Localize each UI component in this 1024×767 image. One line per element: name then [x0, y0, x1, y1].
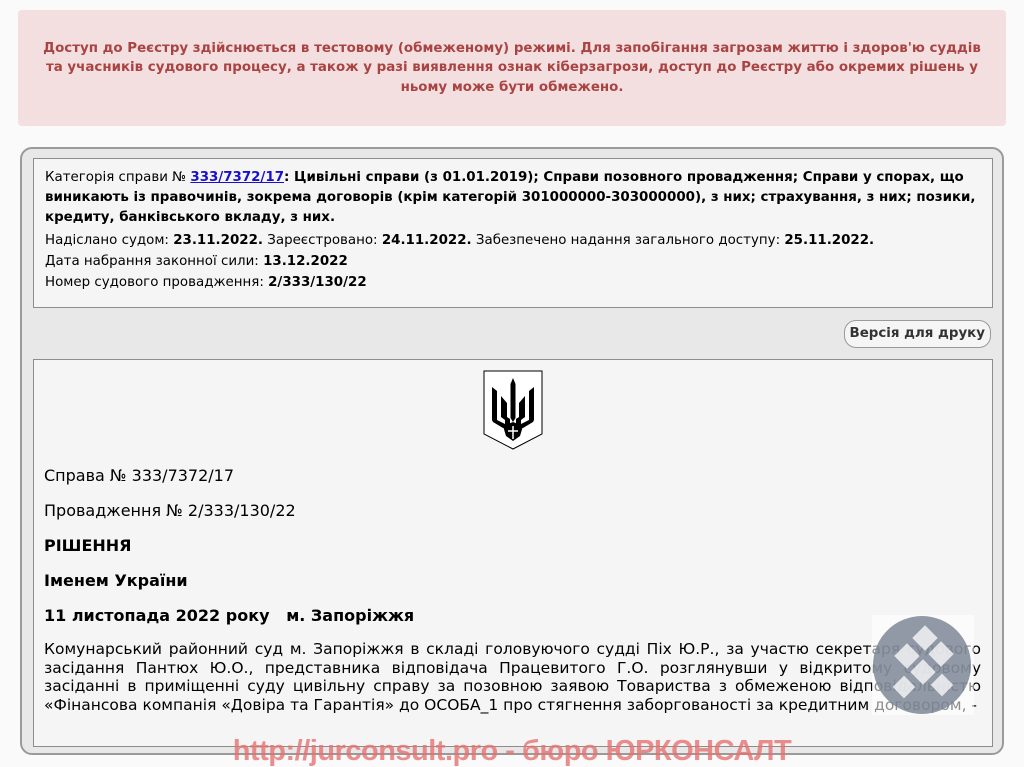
registered-date: 24.11.2022.	[382, 233, 472, 248]
public-access-label: Забезпечено надання загального доступу:	[472, 233, 785, 248]
ukraine-coat-of-arms-icon	[483, 370, 543, 450]
case-category-label: Категорія справи №	[45, 170, 190, 185]
case-category: Категорія справи № 333/7372/17: Цивільні…	[45, 168, 981, 228]
access-notice-banner: Доступ до Реєстру здійснюється в тестово…	[18, 10, 1006, 126]
access-notice-text: Доступ до Реєстру здійснюється в тестово…	[34, 39, 990, 98]
case-number-line: Справа № 333/7372/17	[44, 466, 234, 486]
effective-date-row: Дата набрання законної сили: 13.12.2022	[45, 251, 981, 272]
decision-title: РІШЕННЯ	[44, 536, 131, 556]
translate-widget[interactable]	[872, 615, 974, 715]
case-dates: Надіслано судом: 23.11.2022. Зареєстрова…	[45, 230, 981, 251]
effective-date: 13.12.2022	[263, 254, 348, 269]
decision-date-place: 11 листопада 2022 року м. Запоріжжя	[44, 606, 414, 626]
effective-label: Дата набрання законної сили:	[45, 254, 263, 269]
decision-document: Справа № 333/7372/17 Провадження № 2/333…	[33, 359, 993, 747]
print-version-button[interactable]: Версія для друку	[844, 320, 992, 348]
translate-widget-icon	[872, 615, 974, 715]
proceeding-label: Номер судового провадження:	[45, 275, 268, 290]
case-number-link[interactable]: 333/7372/17	[190, 170, 284, 185]
proceeding-number: 2/333/130/22	[268, 275, 367, 290]
proceeding-number-row: Номер судового провадження: 2/333/130/22	[45, 272, 981, 293]
decision-subtitle: Іменем України	[44, 571, 188, 591]
decision-container: Категорія справи № 333/7372/17: Цивільні…	[20, 147, 1004, 755]
site-watermark: http://jurconsult.pro - бюро ЮРКОНСАЛТ	[0, 733, 1024, 767]
decision-body-paragraph: Комунарський районний суд м. Запоріжжя в…	[44, 640, 981, 714]
registered-label: Зареєстровано:	[263, 233, 382, 248]
sent-label: Надіслано судом:	[45, 233, 173, 248]
public-access-date: 25.11.2022.	[784, 233, 874, 248]
proceeding-number-line: Провадження № 2/333/130/22	[44, 501, 296, 521]
sent-date: 23.11.2022.	[173, 233, 263, 248]
case-metadata-panel: Категорія справи № 333/7372/17: Цивільні…	[33, 158, 993, 308]
